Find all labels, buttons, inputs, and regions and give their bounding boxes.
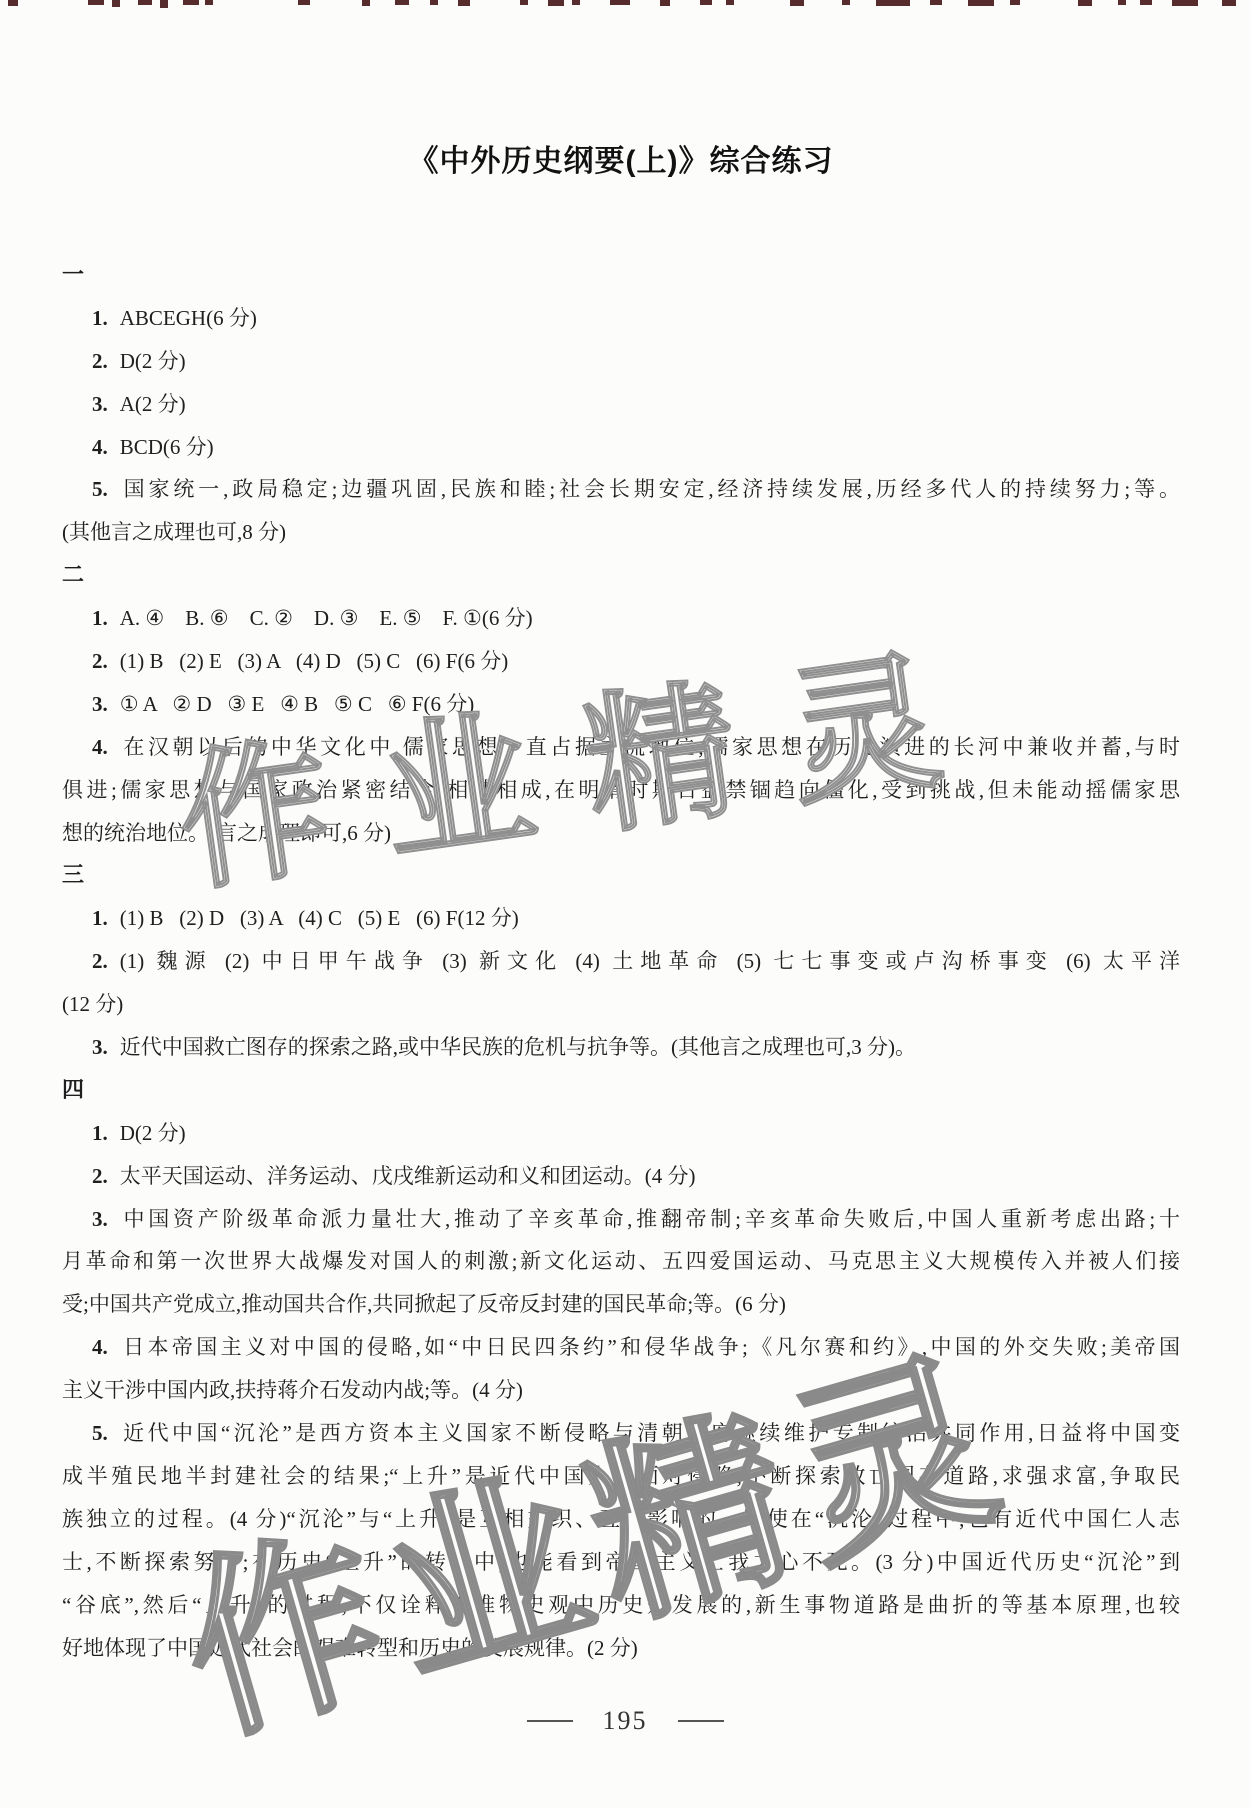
footer-rule-left: [527, 1720, 573, 1722]
item-number: 1.: [92, 306, 108, 330]
scan-artifact-dash: [930, 0, 942, 5]
item-number: 4.: [92, 1335, 108, 1359]
item-text: 中国资产阶级革命派力量壮大,推动了辛亥革命,推翻帝制;辛亥革命失败后,中国人重新…: [120, 1207, 1180, 1231]
item-number: 3.: [92, 1035, 108, 1059]
page-footer: 195: [0, 1706, 1250, 1736]
answer-item: 2.(1) 魏源 (2) 中日甲午战争 (3) 新文化 (4) 土地革命 (5)…: [62, 940, 1180, 983]
item-text: BCD(6 分): [120, 435, 214, 459]
answer-continuation: 俱进;儒家思想与国家政治紧密结合,相辅相成,在明清时期日益禁锢趋向僵化,受到挑战…: [62, 769, 1180, 812]
answer-continuation: (12 分): [62, 983, 1180, 1026]
scan-artifact-dash: [362, 0, 370, 6]
section-heading: 一: [62, 254, 1180, 297]
item-number: 3.: [92, 392, 108, 416]
item-text: 太平天国运动、洋务运动、戊戌维新运动和义和团运动。(4 分): [120, 1164, 696, 1188]
scan-artifact-dash: [726, 0, 734, 5]
scan-artifact-dash: [430, 0, 438, 5]
scan-artifact-dash: [205, 0, 213, 5]
document-page: 《中外历史纲要(上)》综合练习 一1.ABCEGH(6 分)2.D(2 分)3.…: [0, 0, 1250, 1808]
item-text: 在汉朝以后的中华文化中,儒家思想一直占据主流地位;儒家思想在历史演进的长河中兼收…: [120, 735, 1180, 759]
scan-artifact-dash: [968, 0, 994, 6]
answer-continuation: 好地体现了中国近代社会的艰难转型和历史的发展规律。(2 分): [62, 1627, 1180, 1670]
answer-item: 1.A. ④ B. ⑥ C. ② D. ③ E. ⑤ F. ①(6 分): [62, 597, 1180, 640]
item-text: (1) B (2) E (3) A (4) D (5) C (6) F(6 分): [120, 649, 508, 673]
scan-artifact-dash: [88, 0, 104, 5]
answer-item: 5.国家统一,政局稳定;边疆巩固,民族和睦;社会长期安定,经济持续发展,历经多代…: [62, 468, 1180, 511]
scan-artifact-dash: [700, 0, 712, 5]
answer-item: 4.BCD(6 分): [62, 426, 1180, 469]
item-text: 近代中国“沉沦”是西方资本主义国家不断侵略与清朝政府继续维护专制统治共同作用,日…: [120, 1421, 1180, 1445]
answer-item: 1.(1) B (2) D (3) A (4) C (5) E (6) F(12…: [62, 897, 1180, 940]
item-text: 国家统一,政局稳定;边疆巩固,民族和睦;社会长期安定,经济持续发展,历经多代人的…: [120, 477, 1180, 501]
answer-continuation: 成半殖民地半封建社会的结果;“上升”是近代中国人民面对侵略,不断探索救亡图存道路…: [62, 1455, 1180, 1498]
answer-content: 一1.ABCEGH(6 分)2.D(2 分)3.A(2 分)4.BCD(6 分)…: [62, 254, 1180, 1669]
answer-continuation: (其他言之成理也可,8 分): [62, 511, 1180, 554]
answer-item: 3.A(2 分): [62, 383, 1180, 426]
scan-artifact-dash: [8, 0, 18, 6]
answer-continuation: 族独立的过程。(4 分)“沉沦”与“上升”是互相交织、互相影响的。即使在“沉沦”…: [62, 1498, 1180, 1541]
item-number: 4.: [92, 435, 108, 459]
item-text: 近代中国救亡图存的探索之路,或中华民族的危机与抗争等。(其他言之成理也可,3 分…: [120, 1035, 916, 1059]
answer-continuation: 主义干涉中国内政,扶持蒋介石发动内战;等。(4 分): [62, 1369, 1180, 1412]
scan-artifact-dash: [1118, 0, 1126, 5]
item-text: D(2 分): [120, 349, 186, 373]
item-number: 4.: [92, 735, 108, 759]
item-number: 2.: [92, 949, 108, 973]
item-number: 1.: [92, 606, 108, 630]
scan-artifact-dash: [572, 0, 580, 5]
answer-item: 2.(1) B (2) E (3) A (4) D (5) C (6) F(6 …: [62, 640, 1180, 683]
item-text: (1) B (2) D (3) A (4) C (5) E (6) F(12 分…: [120, 906, 519, 930]
answer-item: 4.日本帝国主义对中国的侵略,如“中日民四条约”和侵华战争;《凡尔赛和约》,中国…: [62, 1326, 1180, 1369]
item-number: 2.: [92, 1164, 108, 1188]
scan-artifact-dash: [520, 0, 528, 5]
answer-continuation: 受;中国共产党成立,推动国共合作,共同掀起了反帝反封建的国民革命;等。(6 分): [62, 1283, 1180, 1326]
item-text: (1) 魏源 (2) 中日甲午战争 (3) 新文化 (4) 土地革命 (5) 七…: [120, 949, 1180, 973]
item-number: 2.: [92, 349, 108, 373]
scan-artifact-dash: [1078, 0, 1092, 6]
item-number: 5.: [92, 477, 108, 501]
scan-artifact-dash: [1010, 0, 1020, 5]
item-text: D(2 分): [120, 1121, 186, 1145]
page-number: 195: [603, 1706, 648, 1736]
section-heading: 二: [62, 554, 1180, 597]
scan-artifact-dash: [138, 0, 152, 5]
answer-item: 3.近代中国救亡图存的探索之路,或中华民族的危机与抗争等。(其他言之成理也可,3…: [62, 1026, 1180, 1069]
item-number: 5.: [92, 1421, 108, 1445]
answer-item: 4.在汉朝以后的中华文化中,儒家思想一直占据主流地位;儒家思想在历史演进的长河中…: [62, 726, 1180, 769]
scan-artifact-dash: [395, 0, 409, 5]
answer-item: 2.D(2 分): [62, 340, 1180, 383]
scan-artifact-dash: [1140, 0, 1152, 5]
scan-artifact-dash: [610, 0, 630, 5]
scan-artifact-dash: [298, 0, 310, 5]
answer-item: 3.① A ② D ③ E ④ B ⑤ C ⑥ F(6 分): [62, 683, 1180, 726]
scan-artifact-dash: [1172, 0, 1198, 6]
scan-artifact-dash: [1222, 0, 1236, 6]
item-number: 1.: [92, 906, 108, 930]
scan-artifact-dash: [160, 0, 168, 8]
answer-continuation: 想的统治地位。(言之成理即可,6 分): [62, 812, 1180, 855]
scan-artifact-dash: [790, 0, 804, 6]
answer-item: 1.D(2 分): [62, 1112, 1180, 1155]
item-number: 1.: [92, 1121, 108, 1145]
item-text: 日本帝国主义对中国的侵略,如“中日民四条约”和侵华战争;《凡尔赛和约》,中国的外…: [120, 1335, 1180, 1359]
scan-edge-artifacts: [0, 0, 1250, 12]
scan-artifact-dash: [112, 0, 120, 7]
page-title: 《中外历史纲要(上)》综合练习: [62, 136, 1180, 180]
item-text: ABCEGH(6 分): [120, 306, 257, 330]
item-text: A(2 分): [120, 392, 186, 416]
answer-item: 2.太平天国运动、洋务运动、戊戌维新运动和义和团运动。(4 分): [62, 1155, 1180, 1198]
scan-artifact-dash: [842, 0, 850, 5]
answer-continuation: 月革命和第一次世界大战爆发对国人的刺激;新文化运动、五四爱国运动、马克思主义大规…: [62, 1240, 1180, 1283]
item-number: 2.: [92, 649, 108, 673]
section-heading: 三: [62, 854, 1180, 897]
scan-artifact-dash: [660, 0, 670, 6]
answer-continuation: 士,不断探索努力;在历史“上升”的转机中,也能看到帝国主义亡我之心不死。(3 分…: [62, 1541, 1180, 1584]
answer-item: 1.ABCEGH(6 分): [62, 297, 1180, 340]
answer-continuation: “谷底”,然后“上升”的过程,不仅诠释着唯物史观中历史是发展的,新生事物道路是曲…: [62, 1584, 1180, 1627]
item-number: 3.: [92, 1207, 108, 1231]
item-text: A. ④ B. ⑥ C. ② D. ③ E. ⑤ F. ①(6 分): [120, 606, 533, 630]
section-heading: 四: [62, 1069, 1180, 1112]
item-number: 3.: [92, 692, 108, 716]
item-text: ① A ② D ③ E ④ B ⑤ C ⑥ F(6 分): [120, 692, 474, 716]
scan-artifact-dash: [876, 0, 910, 6]
answer-item: 5.近代中国“沉沦”是西方资本主义国家不断侵略与清朝政府继续维护专制统治共同作用…: [62, 1412, 1180, 1455]
scan-artifact-dash: [458, 0, 470, 6]
scan-artifact-dash: [183, 0, 199, 5]
scan-artifact-dash: [548, 0, 564, 6]
answer-item: 3.中国资产阶级革命派力量壮大,推动了辛亥革命,推翻帝制;辛亥革命失败后,中国人…: [62, 1198, 1180, 1241]
footer-rule-right: [678, 1720, 724, 1722]
